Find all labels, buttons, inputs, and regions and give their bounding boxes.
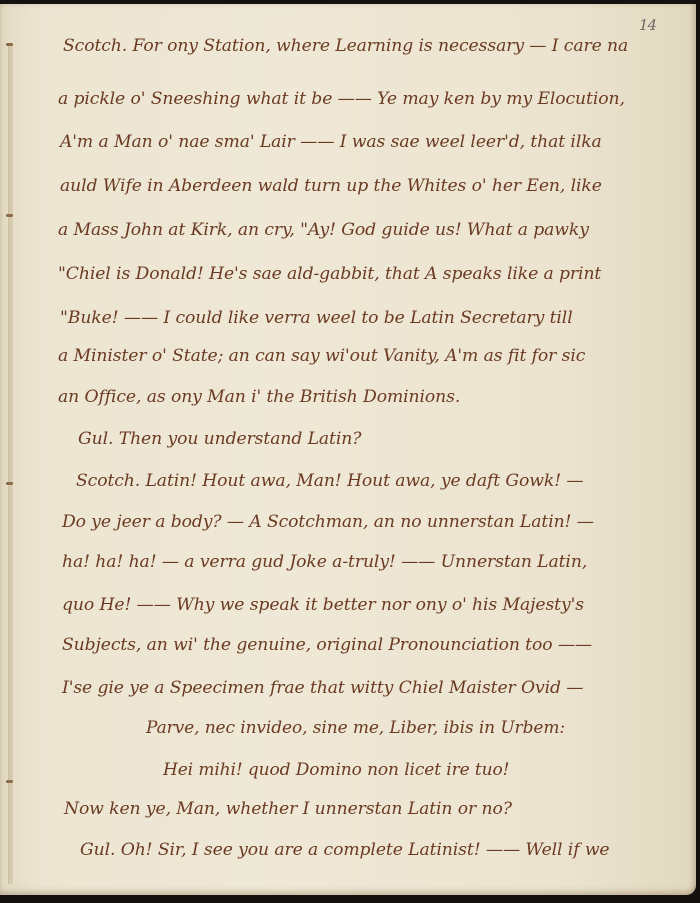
manuscript-line: a pickle o' Sneeshing what it be —— Ye m… <box>58 91 625 108</box>
binding-stitch <box>6 780 13 783</box>
manuscript-line: Scotch. Latin! Hout awa, Man! Hout awa, … <box>76 473 583 490</box>
manuscript-line: a Minister o' State; an can say wi'out V… <box>58 348 585 365</box>
manuscript-line: Gul. Then you understand Latin? <box>78 431 361 448</box>
latin-verse-line: Parve, nec invideo, sine me, Liber, ibis… <box>146 720 565 737</box>
manuscript-line: I'se gie ye a Speecimen frae that witty … <box>62 680 583 697</box>
manuscript-line: a Mass John at Kirk, an cry, "Ay! God gu… <box>58 222 589 239</box>
manuscript-line: auld Wife in Aberdeen wald turn up the W… <box>60 178 602 195</box>
manuscript-line: A'm a Man o' nae sma' Lair —— I was sae … <box>60 134 602 151</box>
binding-stitch <box>6 482 13 485</box>
manuscript-line: an Office, as ony Man i' the British Dom… <box>58 389 460 406</box>
scan-background: 14 Scotch. For ony Station, where Learni… <box>0 0 700 903</box>
latin-verse-line: Hei mihi! quod Domino non licet ire tuo! <box>163 762 509 779</box>
manuscript-line: ha! ha! ha! — a verra gud Joke a-truly! … <box>62 554 587 571</box>
manuscript-line: Gul. Oh! Sir, I see you are a complete L… <box>80 842 610 859</box>
manuscript-line: quo He! —— Why we speak it better nor on… <box>62 597 584 614</box>
binding-stitch <box>6 43 13 46</box>
manuscript-line: "Buke! —— I could like verra weel to be … <box>60 310 573 327</box>
binding-edge <box>8 44 13 884</box>
manuscript-line: Do ye jeer a body? — A Scotchman, an no … <box>62 514 594 531</box>
manuscript-page: 14 Scotch. For ony Station, where Learni… <box>0 4 696 895</box>
manuscript-line: "Chiel is Donald! He's sae ald-gabbit, t… <box>58 266 601 283</box>
binding-stitch <box>6 214 13 217</box>
manuscript-line: Now ken ye, Man, whether I unnerstan Lat… <box>64 801 512 818</box>
manuscript-line: Subjects, an wi' the genuine, original P… <box>62 637 592 654</box>
manuscript-line: Scotch. For ony Station, where Learning … <box>63 38 628 55</box>
folio-number: 14 <box>639 16 656 34</box>
